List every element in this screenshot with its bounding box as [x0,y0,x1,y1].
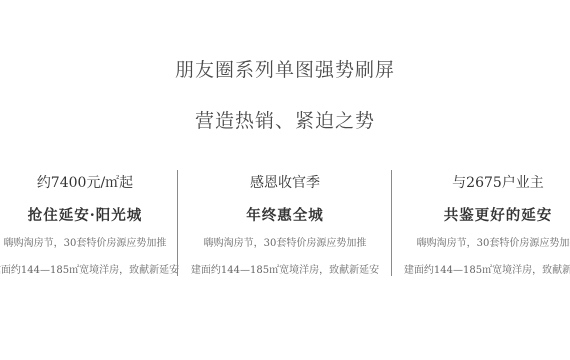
promo-column-owners: 与2675户业主 共鉴更好的延安 嗨购淘房节，30套特价房源应势加推 建面约14… [391,168,570,280]
column-headline: 与2675户业主 [391,172,570,192]
page-title: 朋友圈系列单图强势刷屏 [0,55,570,82]
column-headline: 约7400元/㎡起 [0,172,192,192]
column-headline: 感恩收官季 [178,172,392,192]
column-detail-line-2: 建面约144—185㎡宽境洋房，致献新延安 [0,261,192,276]
page-subtitle: 营造热销、紧迫之势 [0,106,570,133]
column-tagline: 抢住延安·阳光城 [0,204,192,225]
promo-column-price: 约7400元/㎡起 抢住延安·阳光城 嗨购淘房节，30套特价房源应势加推 建面约… [0,168,192,280]
column-tagline: 年终惠全城 [178,204,392,225]
promo-column-season: 感恩收官季 年终惠全城 嗨购淘房节，30套特价房源应势加推 建面约144—185… [178,168,392,280]
column-detail-line-2: 建面约144—185㎡宽境洋房，致献新延安 [391,261,570,276]
column-detail-line-1: 嗨购淘房节，30套特价房源应势加推 [178,234,392,249]
column-detail-line-1: 嗨购淘房节，30套特价房源应势加推 [0,234,192,249]
column-tagline: 共鉴更好的延安 [391,204,570,225]
column-detail-line-1: 嗨购淘房节，30套特价房源应势加推 [391,234,570,249]
column-detail-line-2: 建面约144—185㎡宽境洋房，致献新延安 [178,261,392,276]
